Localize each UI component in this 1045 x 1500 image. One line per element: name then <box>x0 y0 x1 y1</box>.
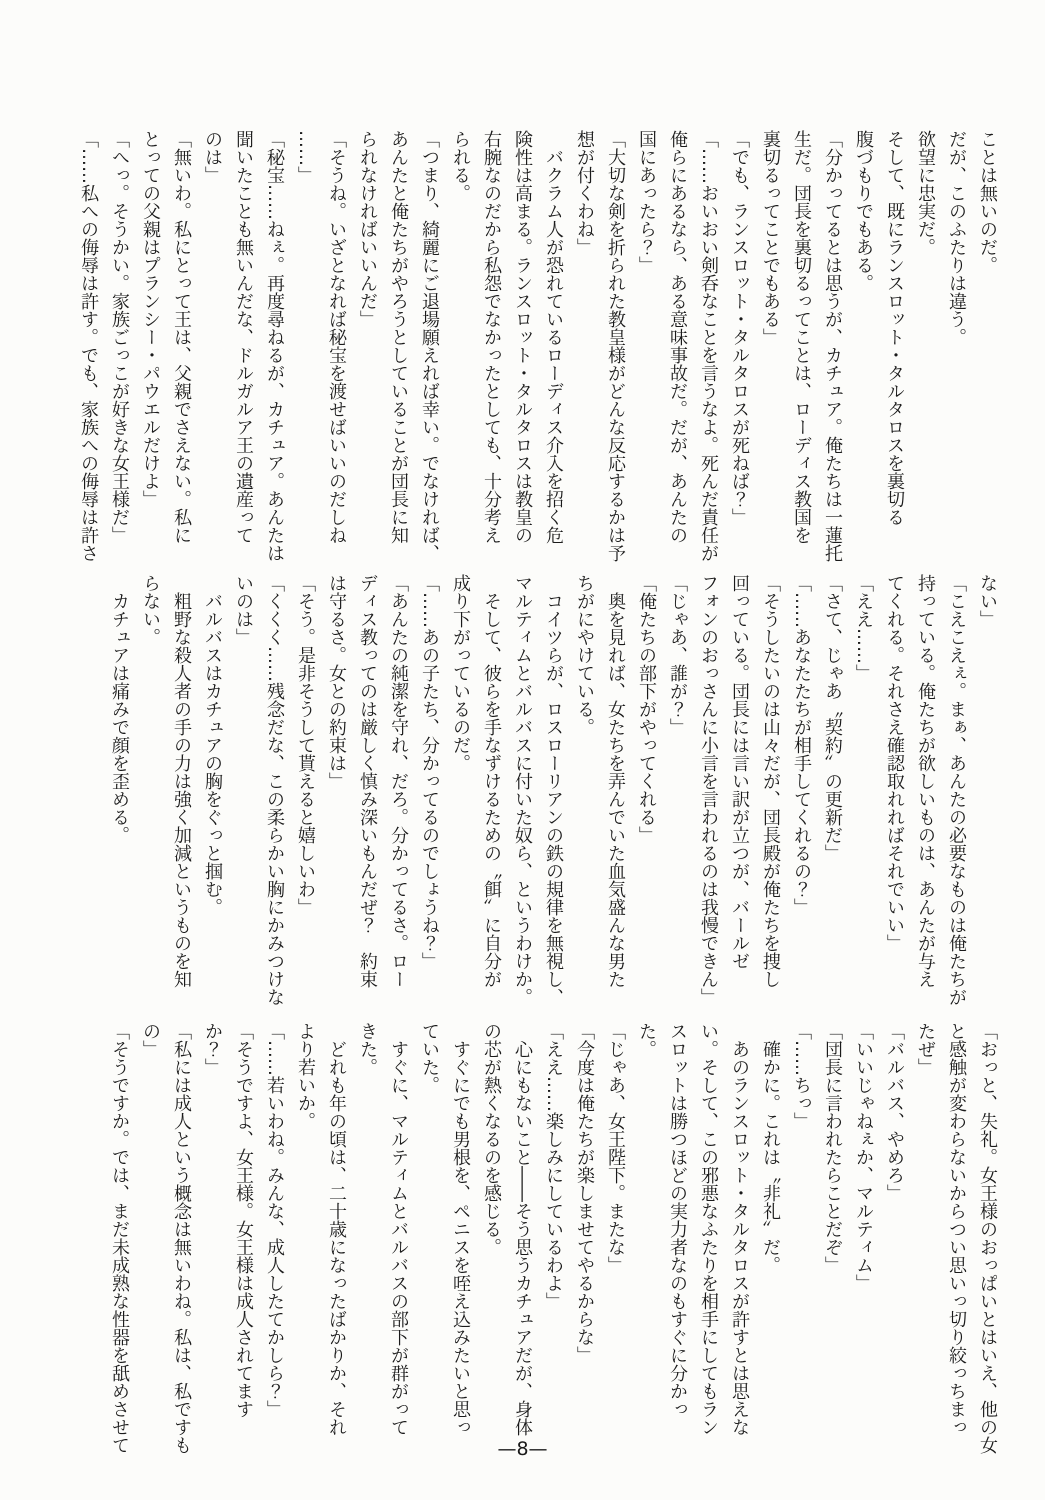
text-column: てくれる。それさえ確認取れればそれでいい」 <box>879 574 910 1014</box>
text-column: たぜ」 <box>910 1022 941 1460</box>
text-column: ていた。 <box>414 1022 445 1460</box>
text-column: 「ええ……楽しみにしているわよ」 <box>538 1022 569 1460</box>
text-band-middle: ない」「こえこえぇ。まぁ、あんたの必要なものは俺たちが持っている。俺たちが欲しい… <box>104 574 1003 1014</box>
text-column: 「そうね。いざとなれば秘宝を渡せばいいのだしね <box>321 130 352 568</box>
text-column: 「……あの子たち、分かってるのでしょうね？」 <box>414 574 445 1014</box>
text-column: 「こえこえぇ。まぁ、あんたの必要なものは俺たちが <box>941 574 972 1014</box>
text-column: 「……ちっ」 <box>786 1022 817 1460</box>
text-column: カチュアは痛みで顔を歪める。 <box>104 574 135 1014</box>
text-column: 「ええ……」 <box>848 574 879 1014</box>
text-column: 持っている。俺たちが欲しいものは、あんたが与え <box>910 574 941 1014</box>
text-column: の」 <box>135 1022 166 1460</box>
text-column: 「いいじゃねぇか、マルティム」 <box>848 1022 879 1460</box>
text-column: と感触が変わらないからつい思いっ切り絞っちまっ <box>941 1022 972 1460</box>
text-column: 回っている。団長には言い訳が立つが、バールゼ <box>724 574 755 1014</box>
text-column: 「へっ。そうかい。家族ごっこが好きな女王様だ」 <box>104 130 135 568</box>
text-column: 想が付くわね」 <box>569 130 600 568</box>
text-column: 心にもないこと――そう思うカチュアだが、身体 <box>507 1022 538 1460</box>
text-column: そして、既にランスロット・タルタロスを裏切る <box>879 130 910 568</box>
text-column: 「つまり、綺麗にご退場願えれば幸い。でなければ、 <box>414 130 445 568</box>
text-column: 険性は高まる。ランスロット・タルタロスは教皇の <box>507 130 538 568</box>
text-column: 「じゃあ、女王陛下。またな」 <box>600 1022 631 1460</box>
text-column: 「無いわ。私にとって王は、父親でさえない。私に <box>166 130 197 568</box>
text-column: 腹づもりでもある。 <box>848 130 879 568</box>
text-column: いのは」 <box>228 574 259 1014</box>
text-band-top: ことは無いのだ。だが、このふたりは違う。欲望に忠実だ。そして、既にランスロット・… <box>73 130 1003 568</box>
text-column: 「大切な剣を折られた教皇様がどんな反応するかは予 <box>600 130 631 568</box>
text-column: 「あんたの純潔を守れ、だろ。分かってるさ。ロー <box>383 574 414 1014</box>
text-column: あんたと俺たちがやろうとしていることが団長に知 <box>383 130 414 568</box>
text-column: 「くくく……残念だな、この柔らかい胸にかみつけな <box>259 574 290 1014</box>
text-column: あのランスロット・タルタロスが許すとは思えな <box>724 1022 755 1460</box>
text-column: 「……若いわね。みんな、成人したてかしら？」 <box>259 1022 290 1460</box>
doujinshi-page: ことは無いのだ。だが、このふたりは違う。欲望に忠実だ。そして、既にランスロット・… <box>0 0 1045 1500</box>
text-column: ディス教ってのは厳しく慎み深いもんだぜ？ 約束 <box>352 574 383 1014</box>
text-column: きた。 <box>352 1022 383 1460</box>
text-column: 成り下がっているのだ。 <box>445 574 476 1014</box>
text-column: られる。 <box>445 130 476 568</box>
text-column: とっての父親はプランシー・パウエルだけよ」 <box>135 130 166 568</box>
text-column: 「……私への侮辱は許す。でも、家族への侮辱は許さ <box>73 130 104 568</box>
text-column: 「今度は俺たちが楽しませてやるからな」 <box>569 1022 600 1460</box>
text-band-bottom: 「おっと、失礼。女王様のおっぱいとはいえ、他の女と感触が変わらないからつい思いっ… <box>104 1022 1003 1460</box>
text-column: 「さて、じゃあ〝契約〟の更新だ」 <box>817 574 848 1014</box>
text-column: すぐにでも男根を、ペニスを咥え込みたいと思っ <box>445 1022 476 1460</box>
text-column: すぐに、マルティムとバルバスの部下が群がって <box>383 1022 414 1460</box>
text-column: 聞いたことも無いんだな、ドルガルア王の遺産って <box>228 130 259 568</box>
text-column: 「そうしたいのは山々だが、団長殿が俺たちを捜し <box>755 574 786 1014</box>
text-column: スロットは勝つほどの実力者なのもすぐに分かっ <box>662 1022 693 1460</box>
text-column: られなければいいんだ」 <box>352 130 383 568</box>
text-column: た。 <box>631 1022 662 1460</box>
text-column: 「そうですよ、女王様。女王様は成人されてます <box>228 1022 259 1460</box>
text-column: 「じゃあ、誰が？」 <box>662 574 693 1014</box>
text-column: の芯が熱くなるのを感じる。 <box>476 1022 507 1460</box>
text-column: 「そうですか。では、まだ未成熟な性器を舐めさせて <box>104 1022 135 1460</box>
text-column: フォンのおっさんに小言を言われるのは我慢できん」 <box>693 574 724 1014</box>
text-column: ない」 <box>972 574 1003 1014</box>
text-column: ちがにやけている。 <box>569 574 600 1014</box>
text-column: 「おっと、失礼。女王様のおっぱいとはいえ、他の女 <box>972 1022 1003 1460</box>
text-column: 生だ。団長を裏切るってことは、ローディス教国を <box>786 130 817 568</box>
text-column: 欲望に忠実だ。 <box>910 130 941 568</box>
text-column: コイツらが、ロスローリアンの鉄の規律を無視し、 <box>538 574 569 1014</box>
text-column: い。そして、この邪悪なふたりを相手にしてもラン <box>693 1022 724 1460</box>
text-column: 「分かってるとは思うが、カチュア。俺たちは一蓮托 <box>817 130 848 568</box>
text-column: 「私には成人という概念は無いわね。私は、私ですも <box>166 1022 197 1460</box>
text-column: 粗野な殺人者の手の力は強く加減というものを知 <box>166 574 197 1014</box>
text-column: 「でも、ランスロット・タルタロスが死ねば？」 <box>724 130 755 568</box>
text-column: 「……あなたたちが相手してくれるの？」 <box>786 574 817 1014</box>
text-column: か？」 <box>197 1022 228 1460</box>
text-column: 奥を見れば、女たちを弄んでいた血気盛んな男た <box>600 574 631 1014</box>
text-column: 「……おいおい剣呑なことを言うなよ。死んだ責任が <box>693 130 724 568</box>
text-column: だが、このふたりは違う。 <box>941 130 972 568</box>
text-column: 「団長に言われたらことだぞ」 <box>817 1022 848 1460</box>
text-column: バルバスはカチュアの胸をぐっと掴む。 <box>197 574 228 1014</box>
text-column: のは」 <box>197 130 228 568</box>
text-column: バクラム人が恐れているローディス介入を招く危 <box>538 130 569 568</box>
text-column: マルティムとバルバスに付いた奴ら、というわけか。 <box>507 574 538 1014</box>
text-column: どれも年の頃は、二十歳になったばかりか、それ <box>321 1022 352 1460</box>
text-column: は守るさ。女との約束は」 <box>321 574 352 1014</box>
text-column: ことは無いのだ。 <box>972 130 1003 568</box>
text-column: 「俺たちの部下がやってくれる」 <box>631 574 662 1014</box>
text-column: そして、彼らを手なずけるための〝餌〟に自分が <box>476 574 507 1014</box>
text-column: 「秘宝……ねぇ。再度尋ねるが、カチュア。あんたは <box>259 130 290 568</box>
text-column: 右腕なのだから私怨でなかったとしても、十分考え <box>476 130 507 568</box>
text-column: 「そう。是非そうして貰えると嬉しいわ」 <box>290 574 321 1014</box>
text-column: 「バルバス、やめろ」 <box>879 1022 910 1460</box>
page-number: —8— <box>0 1438 1045 1460</box>
text-column: 裏切るってことでもある」 <box>755 130 786 568</box>
text-column: より若いか。 <box>290 1022 321 1460</box>
text-column: ……」 <box>290 130 321 568</box>
text-column: らない。 <box>135 574 166 1014</box>
text-column: 俺らにあるなら、ある意味事故だ。だが、あんたの <box>662 130 693 568</box>
text-column: 確かに。これは〝非礼〟だ。 <box>755 1022 786 1460</box>
text-column: 国にあったら？」 <box>631 130 662 568</box>
